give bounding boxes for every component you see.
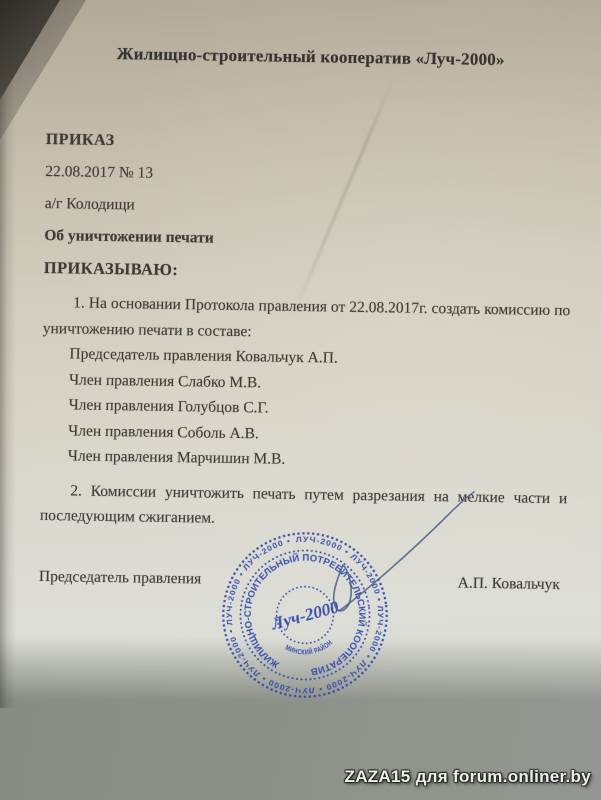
order-label: ПРИКАЗ <box>46 130 573 157</box>
stamp-region-text: МИНСКИЙ РАЙОН <box>283 637 335 659</box>
signature-name: А.П. Ковальчук <box>458 573 560 595</box>
watermark-text: ZAZA15 для forum.onliner.by <box>345 767 591 787</box>
round-stamp: ЛУЧ-2000 • ЛУЧ-2000 • ЛУЧ-2000 • ЛУЧ-200… <box>209 519 401 711</box>
signature-role: Председатель правления <box>39 566 202 589</box>
document-title: Жилищно-строительный кооператив «Луч-200… <box>47 42 574 72</box>
photo-scene: Жилищно-строительный кооператив «Луч-200… <box>0 0 601 800</box>
order-directive: ПРИКАЗЫВАЮ: <box>44 258 571 285</box>
document-content: Жилищно-строительный кооператив «Луч-200… <box>39 0 575 595</box>
order-date-number: 22.08.2017 № 13 <box>45 162 572 189</box>
order-subject: Об уничтожении печати <box>44 226 571 253</box>
order-item-1: 1. На основании Протокола правления от 2… <box>43 290 571 349</box>
order-place: а/г Колодищи <box>45 194 572 221</box>
